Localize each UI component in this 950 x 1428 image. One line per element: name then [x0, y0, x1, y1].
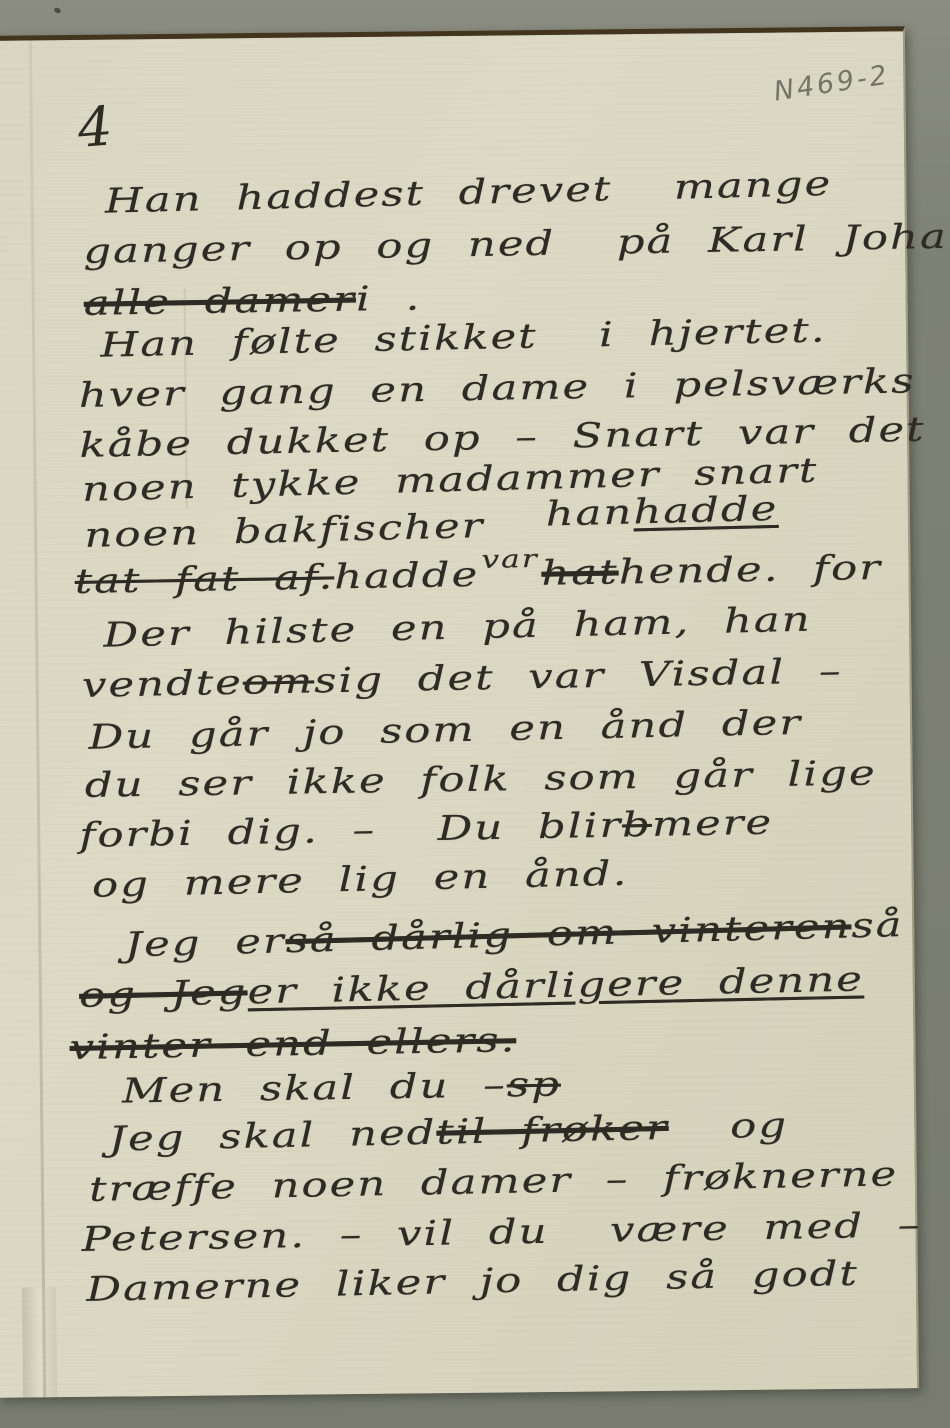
manuscript-line: vinter end ellers. [69, 1020, 516, 1068]
word-segment: sig det var Visdal – [314, 651, 843, 701]
manuscript-line: du ser ikke folk som går lige [85, 753, 877, 805]
word-segment: til frøker [436, 1108, 669, 1153]
word-segment: Der hilste en på ham, han [103, 600, 812, 656]
manuscript-line: tat fat af. hadde varhat hende. for [74, 548, 882, 602]
word-segment: hadde [633, 489, 779, 533]
word-segment: mere [651, 803, 773, 845]
word-segment: vendte [81, 663, 243, 706]
word-segment: være med – [610, 1205, 922, 1250]
word-segment: han [545, 492, 634, 534]
word-segment: du ser ikke folk som går lige [85, 753, 877, 805]
word-segment: mange [673, 164, 832, 208]
word-segment: b [622, 805, 653, 846]
word-segment: og [730, 1105, 789, 1146]
manuscript-line: Jeg er så dårlig om vinteren så [124, 905, 904, 965]
word-segment: alle damer [83, 280, 356, 324]
word-segment: vinter end ellers. [69, 1020, 516, 1068]
word-segment: hat [541, 552, 619, 593]
manuscript-line: Du går jo som en ånd der [88, 703, 802, 758]
word-segment: hadde [334, 555, 480, 598]
word-segment: Han følte stikket [100, 317, 538, 366]
manuscript-line: og mere lig en ånd. [92, 854, 629, 906]
word-segment: var [481, 543, 539, 573]
word-segment: hende. for [618, 548, 882, 593]
manuscript-line: Men skal du – sp [122, 1065, 561, 1112]
word-segment: Petersen. – vil du [81, 1212, 549, 1260]
manuscript-line: Han haddest drevetmange [104, 164, 832, 222]
manuscript-line: Der hilste en på ham, han [103, 600, 812, 656]
archival-mark: N469-2 [772, 59, 892, 107]
word-segment: hver gang en dame i pelsværks [78, 361, 915, 416]
manuscript-line: noen bakfischerhan hadde [84, 499, 779, 556]
word-segment: Damerne liker jo dig så godt [86, 1254, 859, 1310]
manuscript-line: Damerne liker jo dig så godt [86, 1254, 859, 1310]
word-segment: Men skal du – [122, 1065, 507, 1111]
manuscript-page: N469-2 4 Han haddest drevetmangeganger o… [0, 26, 919, 1398]
word-segment: på Karl Johan – [616, 215, 950, 262]
paper-crease-left [29, 40, 46, 1397]
manuscript-line: alle damer i . [83, 279, 421, 324]
paper-fold-bottom-left [22, 1287, 57, 1397]
word-segment: træffe noen damer – frøknerne [89, 1154, 899, 1210]
word-segment: tat fat af. [74, 557, 334, 602]
manuscript-line: Petersen. – vil duvære med – [81, 1205, 921, 1260]
manuscript-line: vendte om sig det var Visdal – [81, 651, 842, 706]
word-segment: Du går jo som en ånd der [88, 703, 802, 758]
word-segment: og mere lig en ånd. [92, 854, 629, 906]
word-segment: ganger op og ned [83, 224, 556, 272]
word-segment: noen bakfischer [84, 506, 485, 556]
word-segment: i . [356, 279, 422, 320]
manuscript-line: hver gang en dame i pelsværks [78, 361, 915, 416]
word-segment: Jeg er [124, 921, 286, 965]
word-segment: Jeg skal ned [108, 1113, 437, 1160]
word-segment: om [242, 661, 314, 702]
page-number: 4 [75, 94, 114, 160]
manuscript-line: forbi dig. –Du blirb mere [79, 803, 773, 856]
manuscript-lines: Han haddest drevetmangeganger op og nedp… [0, 31, 903, 41]
word-segment: i hjertet. [599, 310, 827, 355]
word-segment: så dårlig om vinteren [285, 906, 852, 961]
manuscript-line: Jeg skal ned til frøkerog [108, 1105, 788, 1159]
manuscript-line: og Jeg er ikke dårligere denne [79, 959, 865, 1015]
backdrop-speck [53, 7, 61, 14]
word-segment: sp [506, 1065, 561, 1106]
word-segment: Han haddest drevet [104, 169, 612, 221]
manuscript-line: ganger op og nedpå Karl Johan – [83, 215, 950, 272]
word-segment: Du blir [437, 805, 622, 849]
manuscript-line: træffe noen damer – frøknerne [89, 1154, 899, 1210]
word-segment: så [851, 905, 904, 946]
word-segment: og Jeg [79, 972, 248, 1016]
word-segment: er ikke dårligere denne [247, 959, 864, 1012]
word-segment: forbi dig. – [79, 810, 376, 856]
